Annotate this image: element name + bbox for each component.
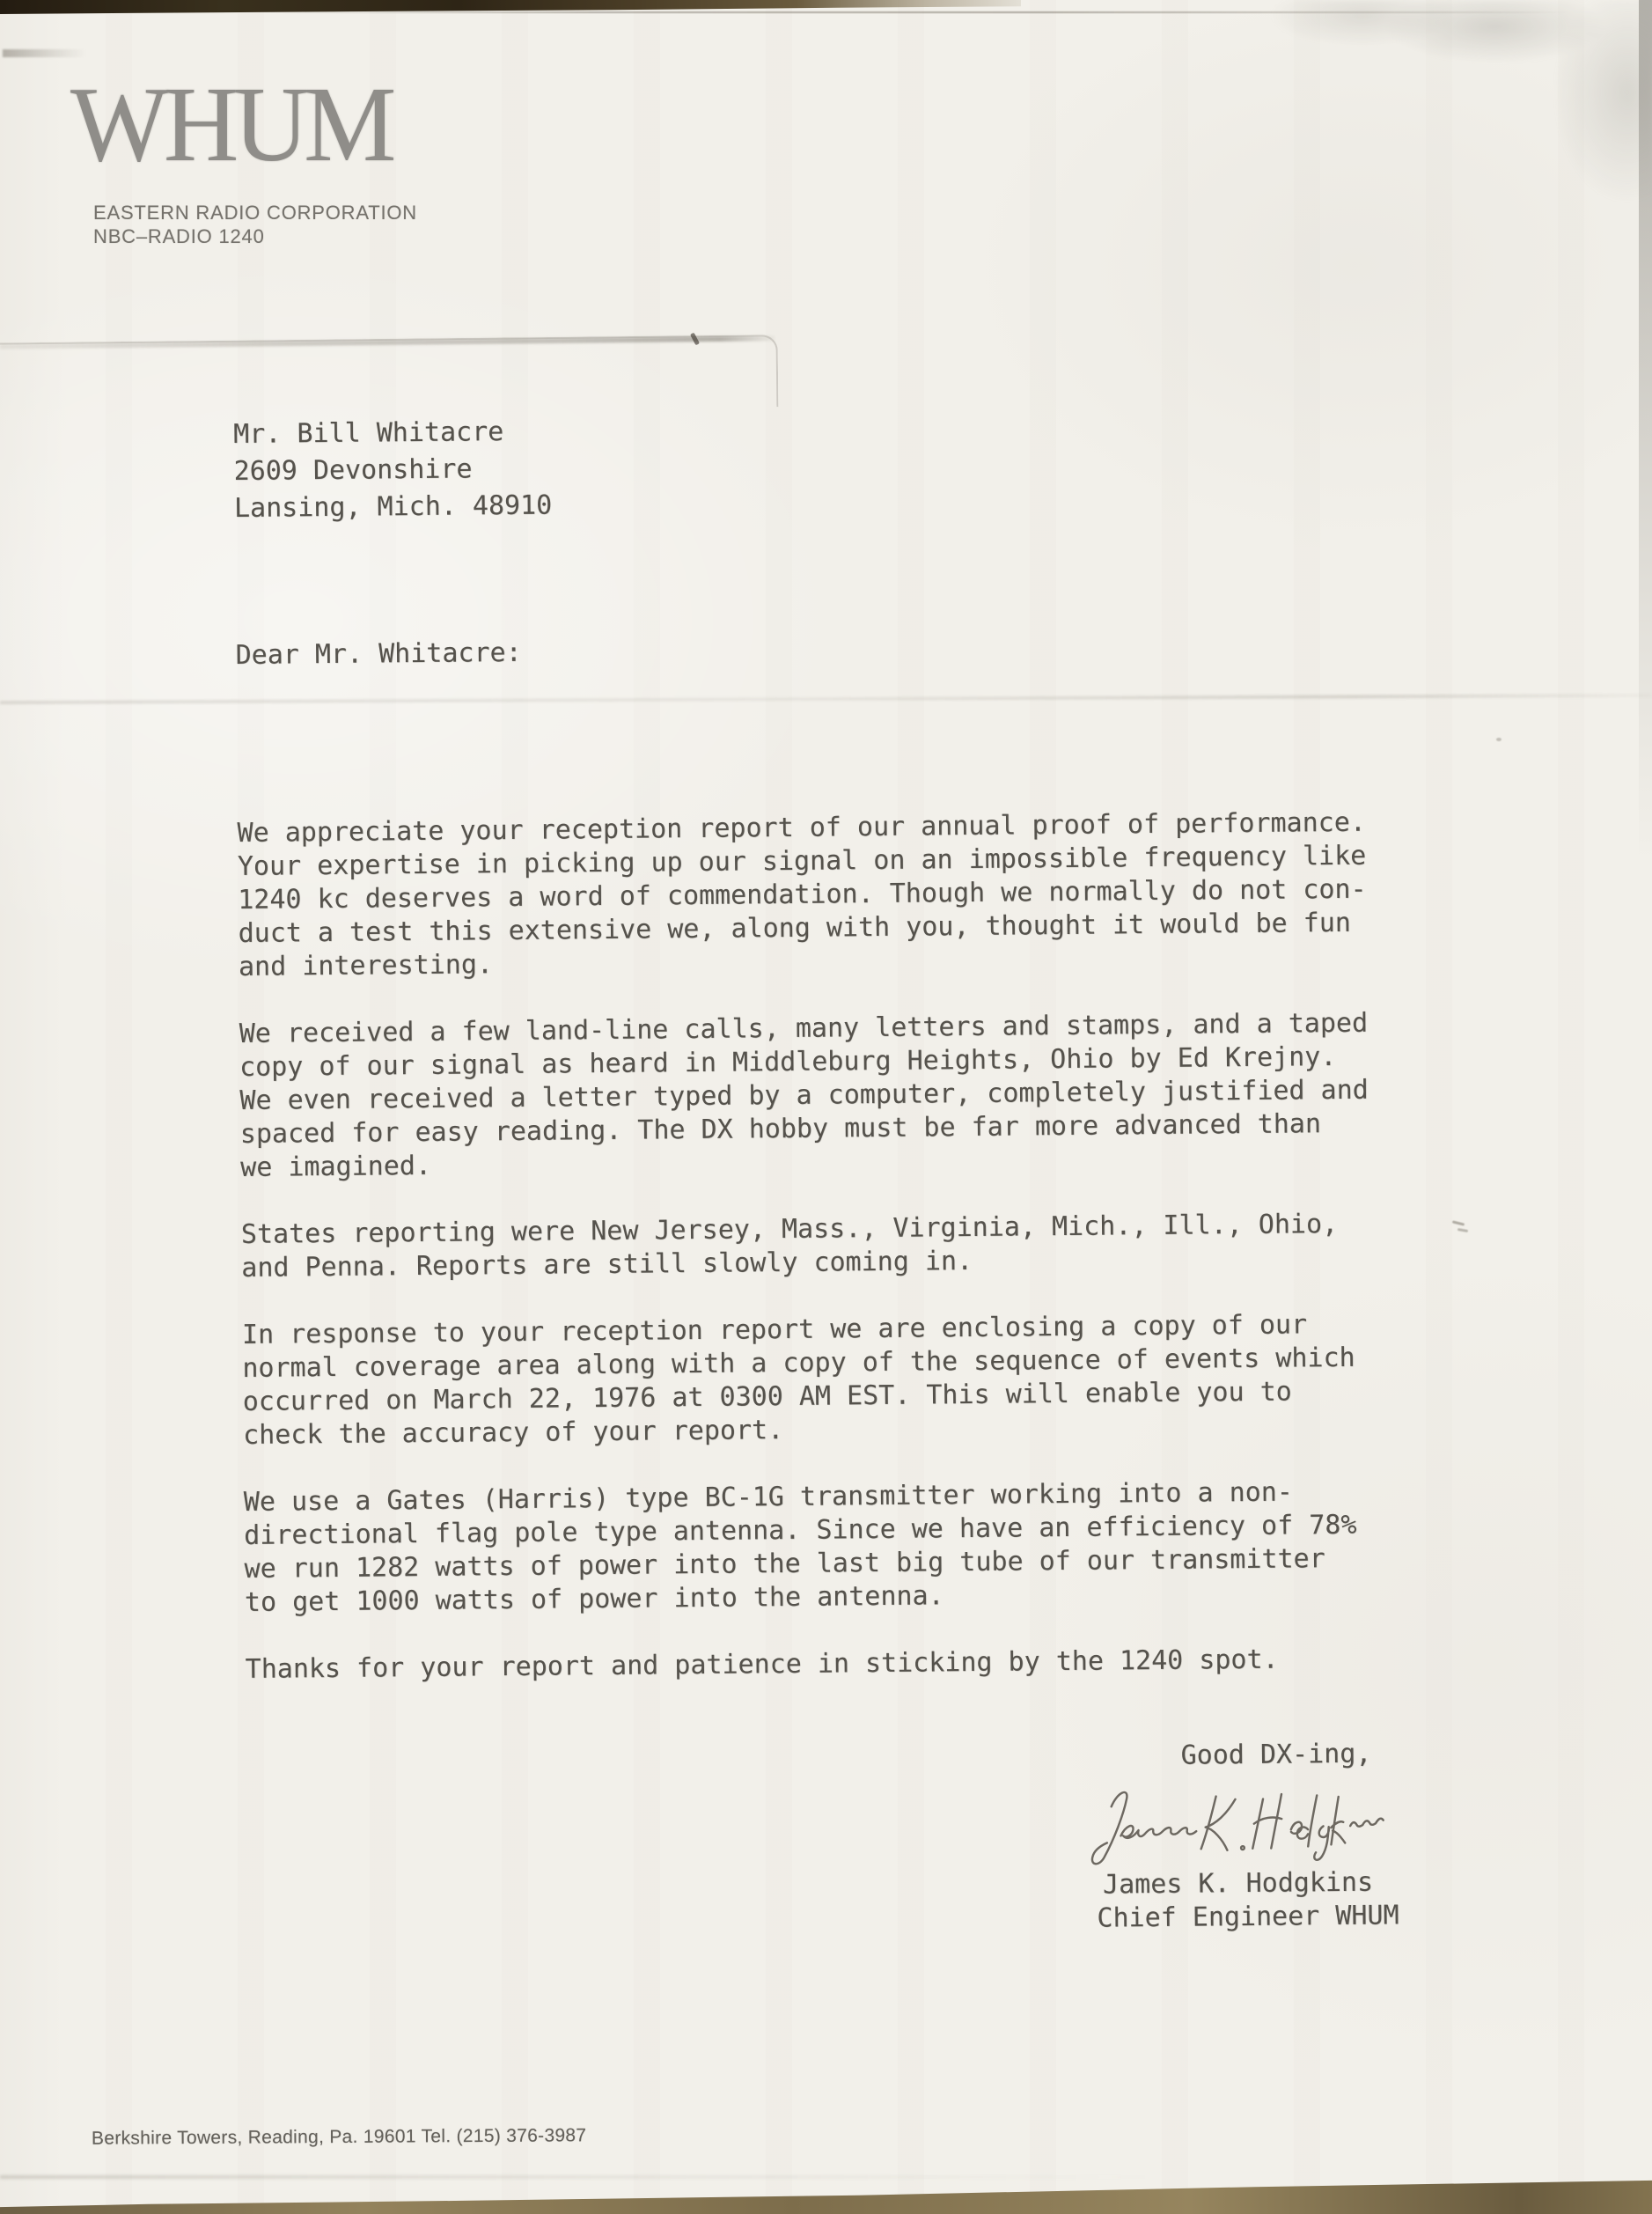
overlaid-paper-edge bbox=[0, 335, 778, 416]
paragraph-6: Thanks for your report and patience in s… bbox=[245, 1642, 1435, 1687]
paragraph-2: We received a few land-line calls, many … bbox=[239, 1006, 1431, 1185]
letterhead-company-line: EASTERN RADIO CORPORATION bbox=[93, 201, 417, 224]
signature-title: Chief Engineer WHUM bbox=[1097, 1899, 1437, 1936]
letterhead: WHUM EASTERN RADIO CORPORATION NBC–RADIO… bbox=[70, 81, 417, 248]
letterhead-network-line: NBC–RADIO 1240 bbox=[93, 224, 417, 248]
paper-stain-top-right bbox=[1238, 0, 1652, 264]
scan-edge-right bbox=[1639, 0, 1652, 863]
recipient-address-block: Mr. Bill Whitacre 2609 Devonshire Lansin… bbox=[233, 405, 1424, 527]
pencil-mark bbox=[1452, 1220, 1465, 1225]
complimentary-close: Good DX-ing, bbox=[1180, 1737, 1435, 1773]
paper-smudge-left bbox=[3, 49, 86, 57]
typed-letter-body: Mr. Bill Whitacre 2609 Devonshire Lansin… bbox=[233, 405, 1438, 1944]
station-logo: WHUM bbox=[70, 81, 407, 169]
pencil-mark bbox=[1457, 1228, 1468, 1232]
letterhead-footer-address: Berkshire Towers, Reading, Pa. 19601 Tel… bbox=[92, 2125, 586, 2149]
scan-edge-bottom bbox=[0, 2165, 1652, 2214]
handwritten-signature bbox=[1083, 1777, 1387, 1866]
scan-edge-bottom-shadow bbox=[0, 2175, 1156, 2179]
scanned-letter-page: WHUM EASTERN RADIO CORPORATION NBC–RADIO… bbox=[0, 0, 1652, 2214]
signature-typed-name: James K. Hodgkins bbox=[1103, 1865, 1437, 1902]
paragraph-3: States reporting were New Jersey, Mass.,… bbox=[241, 1207, 1432, 1285]
closing-block: Good DX-ing, James K. Hodgkins Chief Eng… bbox=[246, 1737, 1438, 1944]
paragraph-1: We appreciate your reception report of o… bbox=[237, 805, 1428, 984]
dust-speck bbox=[1496, 738, 1501, 741]
salutation: Dear Mr. Whitacre: bbox=[235, 627, 1425, 673]
paragraph-5: We use a Gates (Harris) type BC-1G trans… bbox=[244, 1475, 1435, 1620]
scan-edge-top-line bbox=[264, 11, 1567, 13]
paragraph-4: In response to your reception report we … bbox=[242, 1307, 1433, 1453]
